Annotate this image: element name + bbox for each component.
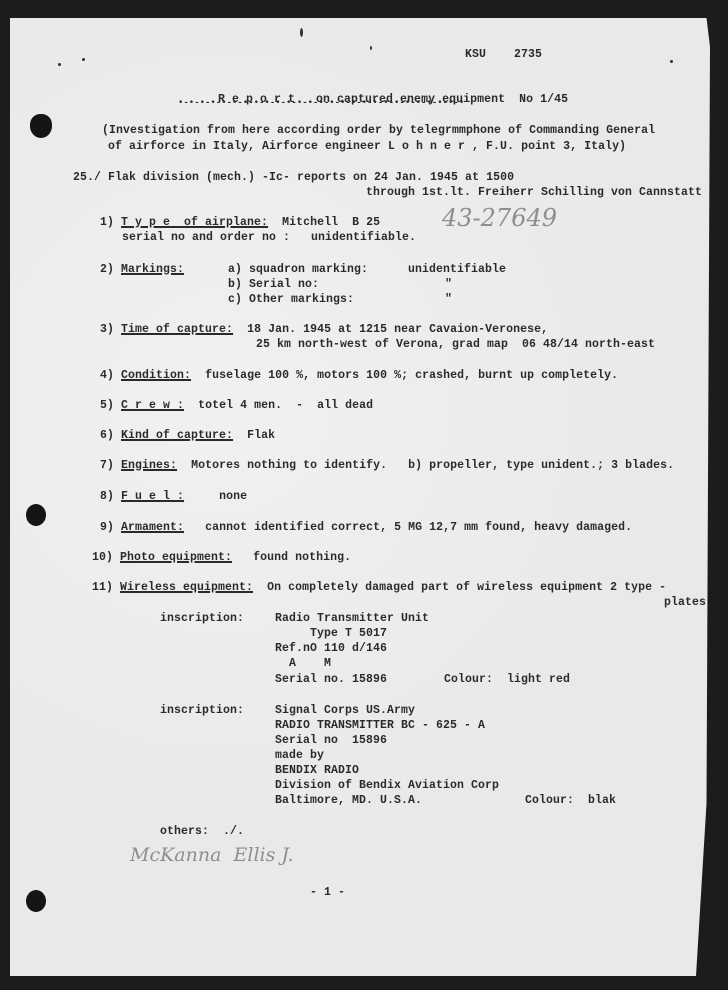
item-number: 3)	[100, 323, 114, 336]
inscription-2-colour: Colour: blak	[525, 794, 616, 807]
item-label: F u e l :	[121, 490, 184, 503]
inscription-2-line: made by	[275, 749, 324, 762]
item-fuel: 8) F u e l : none	[100, 490, 247, 503]
page-number: - 1 -	[310, 886, 345, 899]
inscription-2-line: Serial no 15896	[275, 734, 387, 747]
item-value: cannot identified correct, 5 MG 12,7 mm …	[205, 521, 632, 534]
ink-speck	[82, 58, 85, 61]
investigation-line-2: of airforce in Italy, Airforce engineer …	[108, 140, 626, 153]
item-label: Armament:	[121, 521, 184, 534]
marking-c-value: "	[445, 293, 452, 306]
item-type-of-airplane: 1) T y p e of airplane: Mitchell B 25	[100, 216, 380, 229]
item-armament: 9) Armament: cannot identified correct, …	[100, 521, 632, 534]
item-value: totel 4 men. - all dead	[198, 399, 373, 412]
unit-line-2: through 1st.lt. Freiherr Schilling von C…	[366, 186, 702, 199]
inscription-1-line: Ref.nO 110 d/146	[275, 642, 387, 655]
colour-value: light red	[507, 673, 570, 686]
marking-a-value: unidentifiable	[408, 263, 506, 276]
punch-hole	[30, 114, 52, 138]
investigation-line-1: (Investigation from here according order…	[102, 124, 655, 137]
item-number: 4)	[100, 369, 114, 382]
ink-speck	[370, 46, 372, 50]
item-kind-of-capture: 6) Kind of capture: Flak	[100, 429, 275, 442]
item-value: none	[219, 490, 247, 503]
item-serial-order: serial no and order no : unidentifiable.	[122, 231, 416, 244]
item-time-of-capture-location: 25 km north-west of Verona, grad map 06 …	[256, 338, 655, 351]
item-number: 2)	[100, 263, 114, 276]
ink-speck	[670, 60, 673, 63]
item-markings: 2) Markings:	[100, 263, 184, 276]
item-number: 5)	[100, 399, 114, 412]
item-value: 18 Jan. 1945 at 1215 near Cavaion-Verone…	[247, 323, 548, 336]
item-label: T y p e of airplane:	[121, 216, 268, 229]
handwritten-name: McKanna Ellis J.	[130, 844, 294, 866]
item-value: On completely damaged part of wireless e…	[267, 581, 666, 594]
colour-label: Colour:	[525, 794, 574, 807]
item-label: Markings:	[121, 263, 184, 276]
colour-label: Colour:	[444, 673, 493, 686]
inscription-1-line: Type T 5017	[275, 627, 387, 640]
marking-b-label: b) Serial no:	[228, 278, 319, 291]
ink-speck	[300, 28, 303, 37]
inscription-2-line: BENDIX RADIO	[275, 764, 359, 777]
item-value: Motores nothing to identify. b) propelle…	[191, 459, 674, 472]
item-crew: 5) C r e w : totel 4 men. - all dead	[100, 399, 373, 412]
item-wireless-equipment: 11) Wireless equipment: On completely da…	[92, 581, 666, 594]
inscription-2-line: Division of Bendix Aviation Corp	[275, 779, 499, 792]
item-number: 10)	[92, 551, 113, 564]
inscription-2-line: RADIO TRANSMITTER BC - 625 - A	[275, 719, 485, 732]
item-time-of-capture: 3) Time of capture: 18 Jan. 1945 at 1215…	[100, 323, 548, 336]
item-value: fuselage 100 %, motors 100 %; crashed, b…	[205, 369, 618, 382]
ink-speck	[58, 63, 61, 66]
item-number: 11)	[92, 581, 113, 594]
item-number: 8)	[100, 490, 114, 503]
inscription-1-line: Radio Transmitter Unit	[275, 612, 429, 625]
archive-reference: KSU 2735	[465, 48, 542, 61]
item-condition: 4) Condition: fuselage 100 %, motors 100…	[100, 369, 618, 382]
inscription-1-line: A M	[275, 657, 331, 670]
title-divider: •-•-•-•-•-•-•-•-•-•-•-•-•-•-•-•-•-•-•-•-…	[178, 98, 464, 108]
marking-b-value: "	[445, 278, 452, 291]
colour-value: blak	[588, 794, 616, 807]
item-photo-equipment: 10) Photo equipment: found nothing.	[92, 551, 351, 564]
item-number: 9)	[100, 521, 114, 534]
item-engines: 7) Engines: Motores nothing to identify.…	[100, 459, 674, 472]
item-wireless-plates: plates:	[664, 596, 713, 609]
marking-a-label: a) squadron marking:	[228, 263, 368, 276]
inscription-2-line: Baltimore, MD. U.S.A.	[275, 794, 422, 807]
item-number: 6)	[100, 429, 114, 442]
item-label: Kind of capture:	[121, 429, 233, 442]
item-label: Condition:	[121, 369, 191, 382]
inscription-1-label: inscription:	[160, 612, 244, 625]
item-number: 7)	[100, 459, 114, 472]
item-label: Wireless equipment:	[120, 581, 253, 594]
item-number: 1)	[100, 216, 114, 229]
punch-hole	[26, 890, 46, 912]
item-value: found nothing.	[253, 551, 351, 564]
unit-line-1: 25./ Flak division (mech.) -Ic- reports …	[73, 171, 514, 184]
inscription-2-label: inscription:	[160, 704, 244, 717]
punch-hole	[26, 504, 46, 526]
item-label: Time of capture:	[121, 323, 233, 336]
marking-c-label: c) Other markings:	[228, 293, 354, 306]
inscription-2-line: Signal Corps US.Army	[275, 704, 415, 717]
item-value: Mitchell B 25	[282, 216, 380, 229]
item-value: Flak	[247, 429, 275, 442]
others-line: others: ./.	[160, 825, 244, 838]
inscription-1-colour: Colour: light red	[444, 673, 570, 686]
document-page: KSU 2735 R e p o r t on captured enemy e…	[10, 18, 710, 976]
handwritten-serial: 43-27649	[442, 204, 557, 232]
inscription-1-line: Serial no. 15896	[275, 673, 387, 686]
item-label: C r e w :	[121, 399, 184, 412]
item-label: Engines:	[121, 459, 177, 472]
item-label: Photo equipment:	[120, 551, 232, 564]
